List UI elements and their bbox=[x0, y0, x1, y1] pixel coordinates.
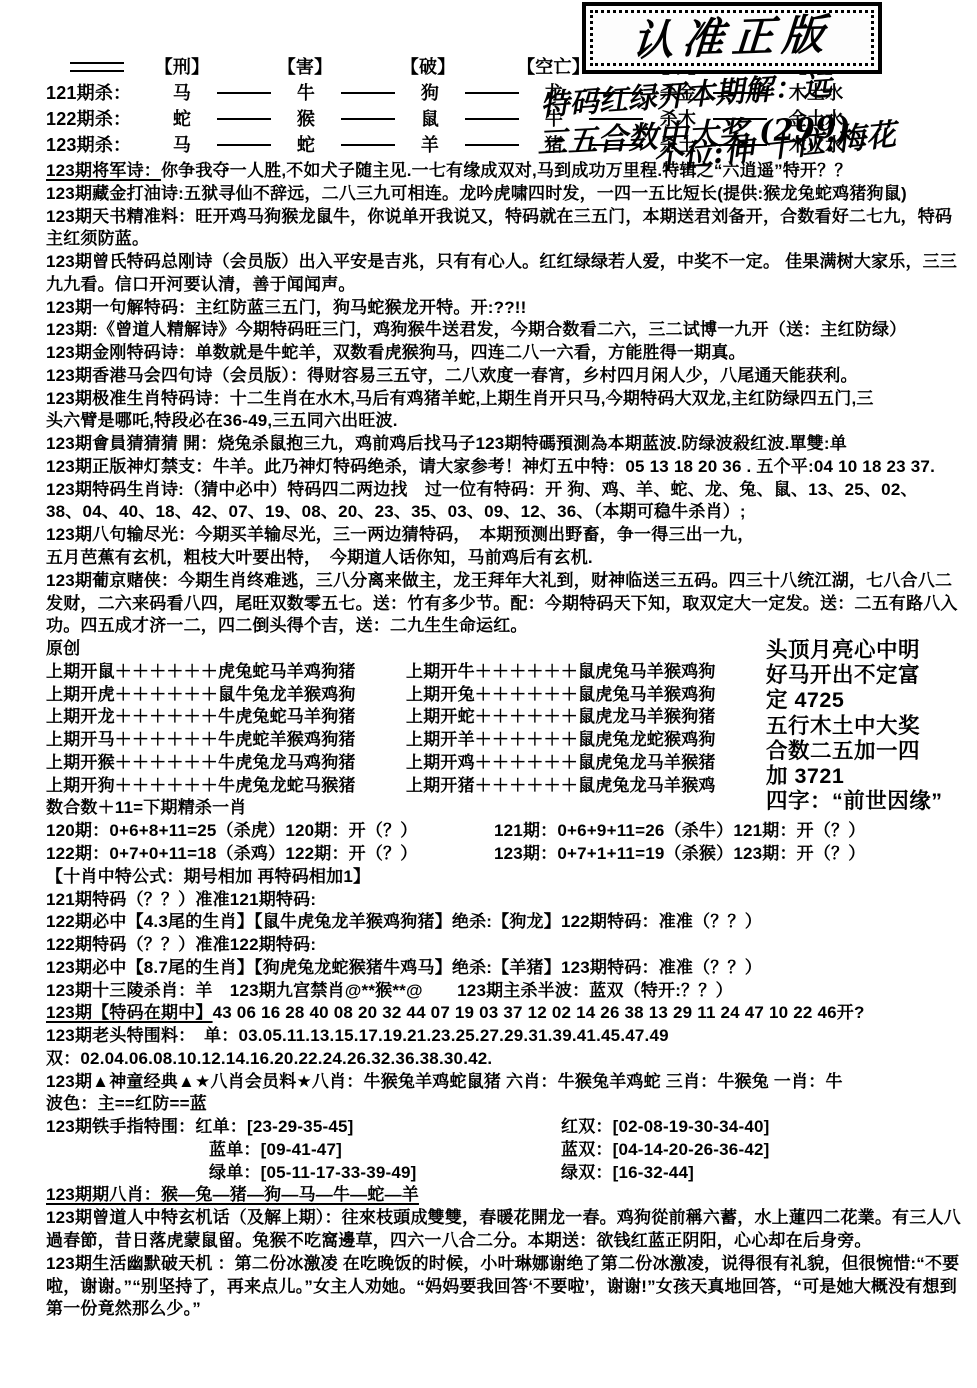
line-zengdaoren-poem: 123期:《曾道人精解诗》今期特码旺三门，鸡狗猴牛送君发，今期合数看二六，三二试… bbox=[46, 319, 969, 342]
zodiac-cell: 上期开龙＋＋＋＋＋＋牛虎兔蛇马羊狗猪 bbox=[46, 706, 406, 729]
line-in-period: 123期【特码在期中】43 06 16 28 40 08 20 32 44 07… bbox=[46, 1002, 969, 1025]
zodiac-section: 原创 上期开鼠＋＋＋＋＋＋虎兔蛇马羊鸡狗猪上期开牛＋＋＋＋＋＋鼠虎兔马羊猴鸡狗 … bbox=[46, 638, 969, 820]
zodiac-footer: 数合数＋11=下期精杀一肖 bbox=[46, 797, 766, 820]
zodiac-cell: 上期开猴＋＋＋＋＋＋牛虎兔龙马鸡狗猪 bbox=[46, 752, 406, 775]
zodiac-cell: 上期开牛＋＋＋＋＋＋鼠虎兔马羊猴鸡狗 bbox=[406, 661, 766, 684]
kill-row-label: 123期杀： bbox=[46, 133, 148, 157]
line-label: 123期将军诗： bbox=[46, 161, 161, 180]
formula-120: 120期：0+6+8+11=25（杀虎）120期：开（？） bbox=[46, 820, 494, 843]
line-122-bizhong: 122期必中【4.3尾的生肖】【鼠牛虎兔龙羊猴鸡狗猪】绝杀:【狗龙】122期特码… bbox=[46, 911, 969, 934]
tip-sheet-page: 认准正版 特码红绿开本期解：远 三五合数中大奖 (299) 个位:伸 十位:梅花… bbox=[0, 0, 977, 1388]
iron-blue-single: 蓝单：[09-41-47] bbox=[209, 1139, 342, 1162]
header-double-line bbox=[46, 62, 148, 72]
kill-cell: 蛇 bbox=[148, 107, 216, 131]
kill-cell: 猴 bbox=[272, 107, 340, 131]
zodiac-row: 上期开龙＋＋＋＋＋＋牛虎兔蛇马羊狗猪上期开蛇＋＋＋＋＋＋鼠虎龙马羊猴狗猪 bbox=[46, 706, 766, 729]
line-general-poem: 123期将军诗：你争我夺一人胜,不如犬子随主见.一七有缘成双对,马到成功万里程.… bbox=[46, 160, 969, 183]
kill-cell: 木火水 bbox=[768, 133, 864, 157]
line-laotou-even: 双：02.04.06.08.10.12.14.16.20.22.24.26.32… bbox=[46, 1048, 969, 1071]
kill-row-123: 123期杀： 马 蛇 羊 猪 杀土 木火水 bbox=[46, 132, 864, 158]
in-period-numbers: 43 06 16 28 40 08 20 32 44 07 19 03 37 1… bbox=[213, 1003, 865, 1022]
zodiac-cell: 上期开猪＋＋＋＋＋＋鼠虎兔龙马羊猴鸡 bbox=[406, 775, 766, 798]
line-one-sentence: 123期一句解特码：主红防蓝三五门，狗马蛇猴龙开特。开:??!! bbox=[46, 297, 969, 320]
zodiac-row: 上期开猴＋＋＋＋＋＋牛虎兔龙马鸡狗猪上期开鸡＋＋＋＋＋＋鼠虎兔龙马羊猴猪 bbox=[46, 752, 766, 775]
in-period-label: 123期【特码在期中】 bbox=[46, 1003, 213, 1022]
kill-cell: 猪 bbox=[520, 133, 588, 157]
iron-left: 123期铁手指特围：红单：[23-29-35-45] bbox=[46, 1116, 561, 1139]
line-member-guess: 123期會員猜猜猜 開：烧兔杀鼠抱三九，鸡前鸡后找马子123期特碼預測為本期蓝波… bbox=[46, 433, 969, 456]
zodiac-cell: 上期开鸡＋＋＋＋＋＋鼠虎兔龙马羊猴猪 bbox=[406, 752, 766, 775]
kill-cell: 鼠 bbox=[396, 107, 464, 131]
formula-121: 121期：0+6+9+11=26（杀牛）121期：开（？） bbox=[494, 820, 865, 843]
formula-123: 123期：0+7+1+11=19（杀猴）123期：开（？） bbox=[494, 843, 865, 866]
kill-cell: 龙 bbox=[520, 81, 588, 105]
line-121-special: 121期特码（？？）准准121期特码: bbox=[46, 889, 969, 912]
kill-cell: 杀土 bbox=[644, 133, 712, 157]
zodiac-row: 上期开马＋＋＋＋＋＋牛虎蛇羊猴鸡狗猪上期开羊＋＋＋＋＋＋鼠虎兔龙蛇猴鸡狗 bbox=[46, 729, 766, 752]
kill-row-121: 121期杀： 马 牛 狗 龙 杀金 木土水 bbox=[46, 80, 864, 106]
line-text: 你争我夺一人胜,不如犬子随主见.一七有缘成双对,马到成功万里程.特辑之“六逍遥”… bbox=[161, 161, 852, 180]
iron-red-single: 红单：[23-29-35-45] bbox=[195, 1116, 353, 1139]
zodiac-row: 上期开狗＋＋＋＋＋＋牛虎兔龙蛇马猴猪上期开猪＋＋＋＋＋＋鼠虎兔龙马羊猴鸡 bbox=[46, 775, 766, 798]
kill-cell: 蛇 bbox=[272, 133, 340, 157]
kill-header-po: 【破】 bbox=[394, 55, 462, 79]
iron-row-red: 123期铁手指特围：红单：[23-29-35-45] 红双：[02-08-19-… bbox=[46, 1116, 969, 1139]
iron-left: 绿单：[05-11-17-33-39-49] bbox=[46, 1162, 561, 1185]
kill-row-label: 122期杀： bbox=[46, 107, 148, 131]
kill-cell: 杀木 bbox=[644, 107, 712, 131]
line-tianshu: 123期天书精准料：旺开鸡马狗猴龙鼠牛，你说单开我说又，特码就在三五门，本期送君… bbox=[46, 206, 969, 252]
line-shengxiao-poem-2: 38、04、40、18、42、07、19、08、20、23、35、03、09、1… bbox=[46, 501, 969, 524]
line-123-bizhong: 123期必中【8.7尾的生肖】【狗虎兔龙蛇猴猪牛鸡马】绝杀:【羊猪】123期特码… bbox=[46, 957, 969, 980]
kill-cell: 木土水 bbox=[768, 81, 864, 105]
ten-zodiac-formula: 【十肖中特公式：期号相加 再特码相加1】 bbox=[46, 866, 969, 889]
zodiac-cell: 上期开虎＋＋＋＋＋＋鼠牛兔龙羊猴鸡狗 bbox=[46, 684, 406, 707]
kill-row-label: 121期杀： bbox=[46, 81, 148, 105]
line-bajv-2: 五月芭蕉有玄机，粗枝大叶要出特， 今期道人话你知，马前鸡后有玄机. bbox=[46, 547, 969, 570]
line-zengdaoren-mystery: 123期曾道人中特玄机话（及解上期）：往來枝頭成雙雙，春暖花開龙一春。鸡狗從前稱… bbox=[46, 1207, 969, 1253]
line-hk-four-poem: 123期香港马会四句诗（会员版）：得财容易三五守，二八欢度一春宵，乡村四月闲人少… bbox=[46, 365, 969, 388]
zodiac-row: 上期开虎＋＋＋＋＋＋鼠牛兔龙羊猴鸡狗上期开兔＋＋＋＋＋＋鼠虎兔马羊猴鸡狗 bbox=[46, 684, 766, 707]
line-life-humor: 123期生活幽默破天机 ：第二份冰激凌 在吃晚饭的时候，小叶琳娜谢绝了第二份冰激… bbox=[46, 1253, 969, 1321]
zodiac-table: 原创 上期开鼠＋＋＋＋＋＋虎兔蛇马羊鸡狗猪上期开牛＋＋＋＋＋＋鼠虎兔马羊猴鸡狗 … bbox=[46, 638, 766, 820]
iron-row-blue: 蓝单：[09-41-47] 蓝双：[04-14-20-26-36-42] bbox=[46, 1139, 969, 1162]
line-pujing: 123期葡京赌侠：今期生肖终难逃，三八分离来做主，龙王拜年大礼到，财神临送三五码… bbox=[46, 570, 969, 638]
side-note-line: 头顶月亮心中明 bbox=[766, 638, 969, 663]
side-note-line: 好马开出不定富 bbox=[766, 663, 969, 688]
kill-cell: 羊 bbox=[396, 133, 464, 157]
zodiac-cell: 上期开鼠＋＋＋＋＋＋虎兔蛇马羊鸡狗猪 bbox=[46, 661, 406, 684]
kill-cell: 金土水 bbox=[768, 107, 864, 131]
line-shentong: 123期▲神童经典▲★八肖会员料★八肖：牛猴兔羊鸡蛇鼠猪 六肖：牛猴兔羊鸡蛇 三… bbox=[46, 1071, 969, 1094]
kill-header-kongwang: 【空亡】 bbox=[517, 55, 590, 79]
line-bajv: 123期八句输尽光：今期买羊输尽光，三一两边猜特码， 本期预测出野畜，争一得三出… bbox=[46, 524, 969, 547]
iron-row-green: 绿单：[05-11-17-33-39-49] 绿双：[16-32-44] bbox=[46, 1162, 969, 1185]
line-shendeng: 123期正版神灯禁支：牛羊。此乃神灯特码绝杀，请大家参考！神灯五中特：05 13… bbox=[46, 456, 969, 479]
line-cangjin-poem: 123期藏金打油诗:五狱寻仙不辞远，二八三九可相连。龙吟虎啸四时发，一四一五比短… bbox=[46, 183, 969, 206]
line-jingang-poem: 123期金刚特码诗：单数就是牛蛇羊，双数看虎猴狗马，四连二八一六看，方能胜得一期… bbox=[46, 342, 969, 365]
line-laotou-odd: 123期老头特围料： 单：03.05.11.13.15.17.19.21.23.… bbox=[46, 1025, 969, 1048]
formula-122: 122期：0+7+0+11=18（杀鸡）122期：开（？） bbox=[46, 843, 494, 866]
zodiac-row: 上期开鼠＋＋＋＋＋＋虎兔蛇马羊鸡狗猪上期开牛＋＋＋＋＋＋鼠虎兔马羊猴鸡狗 bbox=[46, 661, 766, 684]
line-jizhun-poem-2: 头六臂是哪吒,特段必在36-49,三五同六出旺波. bbox=[46, 410, 969, 433]
zodiac-cell: 上期开狗＋＋＋＋＋＋牛虎兔龙蛇马猴猪 bbox=[46, 775, 406, 798]
zodiac-cell: 上期开羊＋＋＋＋＋＋鼠虎兔龙蛇猴鸡狗 bbox=[406, 729, 766, 752]
iron-red-double: 红双：[02-08-19-30-34-40] bbox=[561, 1116, 969, 1139]
iron-left: 蓝单：[09-41-47] bbox=[46, 1139, 561, 1162]
kill-header-hai: 【害】 bbox=[271, 55, 339, 79]
zodiac-cell: 上期开马＋＋＋＋＋＋牛虎蛇羊猴鸡狗猪 bbox=[46, 729, 406, 752]
iron-green-single: 绿单：[05-11-17-33-39-49] bbox=[209, 1162, 417, 1185]
side-note-line: 合数二五加一四 bbox=[766, 739, 969, 764]
kill-row-122: 122期杀： 蛇 猴 鼠 牛 杀木 金土水 bbox=[46, 106, 864, 132]
line-eight-zodiac: 123期期八肖：猴—兔—猪—狗—马—牛—蛇—羊 bbox=[46, 1184, 969, 1207]
zodiac-cell: 上期开兔＋＋＋＋＋＋鼠虎兔马羊猴鸡狗 bbox=[406, 684, 766, 707]
line-shisanling: 123期十三陵杀肖：羊 123期九宫禁肖@**猴**@ 123期主杀半波：蓝双（… bbox=[46, 980, 969, 1003]
side-note-line: 四字：“前世因缘” bbox=[766, 789, 969, 814]
original-label: 原创 bbox=[46, 638, 766, 661]
zodiac-cell: 上期开蛇＋＋＋＋＋＋鼠虎龙马羊猴狗猪 bbox=[406, 706, 766, 729]
kill-cell: 马 bbox=[148, 133, 216, 157]
line-bose: 波色：主==红防==蓝 bbox=[46, 1093, 969, 1116]
side-note-line: 定 4725 bbox=[766, 688, 969, 713]
stamp-text: 认准正版 bbox=[630, 6, 834, 69]
line-122-special: 122期特码（？？）准准122期特码: bbox=[46, 934, 969, 957]
kill-cell: 狗 bbox=[396, 81, 464, 105]
iron-label: 123期铁手指特围： bbox=[46, 1116, 195, 1139]
iron-green-double: 绿双：[16-32-44] bbox=[561, 1162, 969, 1185]
iron-blue-double: 蓝双：[04-14-20-26-36-42] bbox=[561, 1139, 969, 1162]
side-note: 头顶月亮心中明 好马开出不定富 定 4725 五行木土中大奖 合数二五加一四 加… bbox=[766, 638, 969, 814]
authentic-stamp: 认准正版 bbox=[582, 2, 882, 74]
side-note-line: 加 3721 bbox=[766, 764, 969, 789]
kill-cell: 牛 bbox=[520, 107, 588, 131]
kill-cell: 杀金 bbox=[644, 81, 712, 105]
kill-cell: 马 bbox=[148, 81, 216, 105]
kill-header-xing: 【刑】 bbox=[148, 55, 216, 79]
side-note-line: 五行木土中大奖 bbox=[766, 714, 969, 739]
line-zengshi-poem: 123期曾氏特码总刚诗（会员版）出入平安是吉兆，只有有心人。红红绿绿若人爱，中奖… bbox=[46, 251, 969, 297]
formula-row-2: 122期：0+7+0+11=18（杀鸡）122期：开（？） 123期：0+7+1… bbox=[46, 843, 969, 866]
kill-cell: 牛 bbox=[272, 81, 340, 105]
line-shengxiao-poem: 123期特码生肖诗:（猜中必中）特码四二两边找 过一位有特码：开 狗、鸡、羊、蛇… bbox=[46, 479, 969, 502]
line-jizhun-poem: 123期极准生肖特码诗：十二生肖在水木,马后有鸡猪羊蛇,上期生肖开只马,今期特码… bbox=[46, 388, 969, 411]
formula-row-1: 120期：0+6+8+11=25（杀虎）120期：开（？） 121期：0+6+9… bbox=[46, 820, 969, 843]
